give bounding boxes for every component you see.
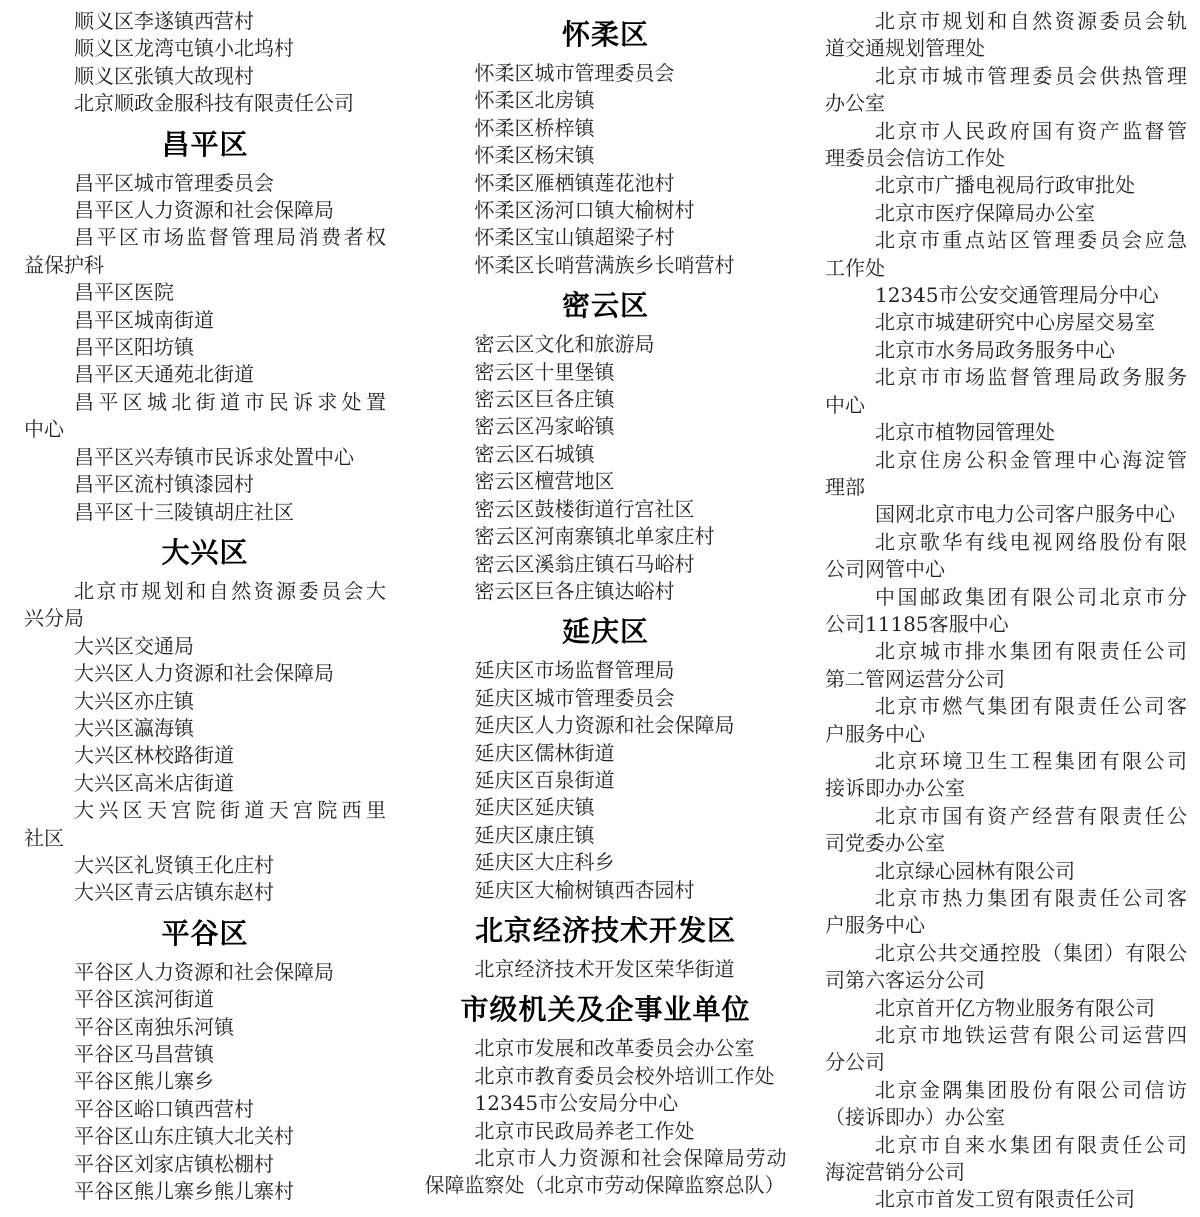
org-item: 大兴区亦庄镇 — [24, 688, 386, 715]
org-item-line: 户服务中心 — [825, 721, 1187, 748]
org-item-line: 北京市首发工贸有限责任公司 — [825, 1186, 1187, 1213]
org-item: 北京市城市管理委员会供热管理办公室 — [825, 63, 1187, 118]
org-item-line: 北京市教育委员会校外培训工作处 — [425, 1063, 787, 1090]
org-item-line: 昌平区城北街道市民诉求处置 — [24, 389, 386, 416]
org-item-line: 北京市医疗保障局办公室 — [825, 200, 1187, 227]
org-item-line: 平谷区熊儿寨乡熊儿寨村 — [24, 1178, 386, 1205]
org-item-line: 延庆区儒林街道 — [425, 740, 787, 767]
org-item: 平谷区马昌营镇 — [24, 1041, 386, 1068]
org-item: 北京市人力资源和社会保障局劳动保障监察处（北京市劳动保障监察总队） — [425, 1145, 787, 1200]
org-item-line: 平谷区人力资源和社会保障局 — [24, 959, 386, 986]
text-column-1: 顺义区李遂镇西营村顺义区龙湾屯镇小北坞村顺义区张镇大故现村北京顺政金服科技有限责… — [24, 8, 386, 1217]
org-item: 北京首开亿方物业服务有限公司 — [825, 995, 1187, 1022]
org-item-line: 昌平区兴寿镇市民诉求处置中心 — [24, 444, 386, 471]
org-item-line: 接诉即办办公室 — [825, 775, 1187, 802]
org-item: 北京市水务局政务服务中心 — [825, 337, 1187, 364]
org-item: 平谷区刘家店镇松棚村 — [24, 1151, 386, 1178]
org-item-line: 司第六客运分公司 — [825, 967, 1187, 994]
org-item-line: 北京市植物园管理处 — [825, 419, 1187, 446]
org-item: 北京市自来水集团有限责任公司海淀营销分公司 — [825, 1132, 1187, 1187]
org-item: 怀柔区长哨营满族乡长哨营村 — [425, 252, 787, 279]
org-item: 怀柔区城市管理委员会 — [425, 60, 787, 87]
org-item: 北京市人民政府国有资产监督管理委员会信访工作处 — [825, 118, 1187, 173]
org-item: 北京市市场监督管理局政务服务中心 — [825, 364, 1187, 419]
org-item-line: 中心 — [24, 416, 386, 443]
org-item-line: 第二管网运营分公司 — [825, 666, 1187, 693]
org-item: 北京歌华有线电视网络股份有限公司网管中心 — [825, 529, 1187, 584]
org-item-line: 工作处 — [825, 255, 1187, 282]
org-item-line: 怀柔区汤河口镇大榆树村 — [425, 197, 787, 224]
org-item-line: 大兴区瀛海镇 — [24, 715, 386, 742]
org-item: 大兴区礼贤镇王化庄村 — [24, 852, 386, 879]
org-item: 昌平区城北街道市民诉求处置中心 — [24, 389, 386, 444]
org-item: 12345市公安局分中心 — [425, 1090, 787, 1117]
org-item-line: 密云区冯家峪镇 — [425, 413, 787, 440]
org-item-line: 益保护科 — [24, 252, 386, 279]
org-item: 北京市规划和自然资源委员会轨道交通规划管理处 — [825, 8, 1187, 63]
org-item: 密云区溪翁庄镇石马峪村 — [425, 551, 787, 578]
org-item-line: 大兴区青云店镇东赵村 — [24, 879, 386, 906]
org-item-line: 北京市民政局养老工作处 — [425, 1118, 787, 1145]
org-item-line: 司党委办公室 — [825, 830, 1187, 857]
org-item: 北京市地铁运营有限公司运营四分公司 — [825, 1022, 1187, 1077]
org-item: 密云区河南寨镇北单家庄村 — [425, 523, 787, 550]
org-item: 昌平区医院 — [24, 279, 386, 306]
org-item-line: 昌平区阳坊镇 — [24, 334, 386, 361]
org-item: 平谷区熊儿寨乡 — [24, 1068, 386, 1095]
org-item-line: 密云区石城镇 — [425, 441, 787, 468]
org-item: 平谷区人力资源和社会保障局 — [24, 959, 386, 986]
org-item-line: 怀柔区宝山镇超梁子村 — [425, 224, 787, 251]
org-item: 大兴区天宫院街道天宫院西里社区 — [24, 797, 386, 852]
org-item: 密云区十里堡镇 — [425, 359, 787, 386]
org-item-line: 顺义区李遂镇西营村 — [24, 8, 386, 35]
org-item-line: 理部 — [825, 474, 1187, 501]
org-item: 怀柔区宝山镇超梁子村 — [425, 224, 787, 251]
org-item: 顺义区李遂镇西营村 — [24, 8, 386, 35]
org-item: 昌平区流村镇漆园村 — [24, 471, 386, 498]
org-item: 北京经济技术开发区荣华街道 — [425, 956, 787, 983]
org-item-line: 延庆区大庄科乡 — [425, 849, 787, 876]
org-item: 大兴区林校路街道 — [24, 742, 386, 769]
org-item-line: 北京市规划和自然资源委员会大 — [24, 578, 386, 605]
org-item-line: 公司11185客服中心 — [825, 611, 1187, 638]
org-item: 平谷区山东庄镇大北关村 — [24, 1123, 386, 1150]
org-item: 北京顺政金服科技有限责任公司 — [24, 90, 386, 117]
org-item: 昌平区市场监督管理局消费者权益保护科 — [24, 224, 386, 279]
org-item: 北京市教育委员会校外培训工作处 — [425, 1063, 787, 1090]
org-item-line: 北京城市排水集团有限责任公司 — [825, 638, 1187, 665]
org-item-line: 北京市热力集团有限责任公司客 — [825, 885, 1187, 912]
org-item: 密云区石城镇 — [425, 441, 787, 468]
org-item-line: 北京顺政金服科技有限责任公司 — [24, 90, 386, 117]
org-item: 北京市医疗保障局办公室 — [825, 200, 1187, 227]
org-item: 延庆区儒林街道 — [425, 740, 787, 767]
org-item-line: 北京住房公积金管理中心海淀管 — [825, 447, 1187, 474]
org-item: 平谷区滨河街道 — [24, 986, 386, 1013]
org-item-line: 顺义区张镇大故现村 — [24, 63, 386, 90]
org-item: 大兴区人力资源和社会保障局 — [24, 660, 386, 687]
org-item: 延庆区大庄科乡 — [425, 849, 787, 876]
org-item-line: 大兴区亦庄镇 — [24, 688, 386, 715]
org-item: 密云区冯家峪镇 — [425, 413, 787, 440]
org-item-line: 延庆区大榆树镇西杏园村 — [425, 877, 787, 904]
org-item-line: 中心 — [825, 392, 1187, 419]
org-item-line: 理委员会信访工作处 — [825, 145, 1187, 172]
org-item-line: 大兴区礼贤镇王化庄村 — [24, 852, 386, 879]
section-header: 怀柔区 — [425, 18, 787, 52]
org-item-line: 怀柔区城市管理委员会 — [425, 60, 787, 87]
org-item-line: 延庆区延庆镇 — [425, 794, 787, 821]
org-item-line: 北京市广播电视局行政审批处 — [825, 172, 1187, 199]
org-item: 密云区文化和旅游局 — [425, 331, 787, 358]
org-item-line: 北京市重点站区管理委员会应急 — [825, 227, 1187, 254]
org-item-line: 兴分局 — [24, 605, 386, 632]
org-item-line: 大兴区天宫院街道天宫院西里 — [24, 797, 386, 824]
org-item-line: 北京市国有资产经营有限责任公 — [825, 803, 1187, 830]
org-item: 北京环境卫生工程集团有限公司接诉即办办公室 — [825, 748, 1187, 803]
section-header: 北京经济技术开发区 — [425, 914, 787, 948]
org-item: 大兴区青云店镇东赵村 — [24, 879, 386, 906]
org-item-line: 延庆区康庄镇 — [425, 822, 787, 849]
org-item: 昌平区人力资源和社会保障局 — [24, 197, 386, 224]
org-item: 北京市重点站区管理委员会应急工作处 — [825, 227, 1187, 282]
org-item-line: 北京经济技术开发区荣华街道 — [425, 956, 787, 983]
org-item: 北京市燃气集团有限责任公司客户服务中心 — [825, 693, 1187, 748]
org-item-line: 昌平区天通苑北街道 — [24, 361, 386, 388]
org-item-line: 顺义区龙湾屯镇小北坞村 — [24, 35, 386, 62]
org-item: 北京市发展和改革委员会办公室 — [425, 1035, 787, 1062]
org-item-line: 北京市规划和自然资源委员会轨 — [825, 8, 1187, 35]
org-item: 怀柔区北房镇 — [425, 87, 787, 114]
org-item-line: 昌平区市场监督管理局消费者权 — [24, 224, 386, 251]
org-item-line: 公司网管中心 — [825, 556, 1187, 583]
org-item: 大兴区交通局 — [24, 633, 386, 660]
page: 顺义区李遂镇西营村顺义区龙湾屯镇小北坞村顺义区张镇大故现村北京顺政金服科技有限责… — [0, 0, 1200, 1217]
org-item: 延庆区康庄镇 — [425, 822, 787, 849]
org-item-line: 昌平区城市管理委员会 — [24, 170, 386, 197]
org-item: 怀柔区杨宋镇 — [425, 142, 787, 169]
org-item: 北京市城建研究中心房屋交易室 — [825, 309, 1187, 336]
org-item: 平谷区峪口镇西营村 — [24, 1096, 386, 1123]
org-item-line: 国网北京市电力公司客户服务中心 — [825, 501, 1187, 528]
org-item: 北京市首发工贸有限责任公司 — [825, 1186, 1187, 1213]
org-item-line: 昌平区城南街道 — [24, 307, 386, 334]
org-item-line: 北京金隅集团股份有限公司信访 — [825, 1077, 1187, 1104]
org-item: 顺义区龙湾屯镇小北坞村 — [24, 35, 386, 62]
section-header: 大兴区 — [24, 536, 386, 570]
org-item-line: 怀柔区北房镇 — [425, 87, 787, 114]
org-item-line: 办公室 — [825, 90, 1187, 117]
section-header: 市级机关及企事业单位 — [425, 993, 787, 1027]
org-item: 延庆区人力资源和社会保障局 — [425, 712, 787, 739]
org-item-line: 密云区檀营地区 — [425, 468, 787, 495]
org-item: 怀柔区雁栖镇莲花池村 — [425, 170, 787, 197]
text-column-3: 北京市规划和自然资源委员会轨道交通规划管理处北京市城市管理委员会供热管理办公室北… — [825, 8, 1187, 1217]
org-item-line: 北京市人民政府国有资产监督管 — [825, 118, 1187, 145]
org-item: 北京市广播电视局行政审批处 — [825, 172, 1187, 199]
org-item-line: 分公司 — [825, 1049, 1187, 1076]
org-item-line: 大兴区人力资源和社会保障局 — [24, 660, 386, 687]
org-item-line: 密云区河南寨镇北单家庄村 — [425, 523, 787, 550]
org-item: 怀柔区汤河口镇大榆树村 — [425, 197, 787, 224]
org-item-line: 密云区巨各庄镇达峪村 — [425, 578, 787, 605]
org-item-line: 12345市公安局分中心 — [425, 1090, 787, 1117]
org-item-line: 延庆区人力资源和社会保障局 — [425, 712, 787, 739]
org-item: 延庆区市场监督管理局 — [425, 657, 787, 684]
org-item-line: 12345市公安交通管理局分中心 — [825, 282, 1187, 309]
org-item-line: 北京公共交通控股（集团）有限公 — [825, 940, 1187, 967]
org-item: 延庆区城市管理委员会 — [425, 685, 787, 712]
org-item: 国网北京市电力公司客户服务中心 — [825, 501, 1187, 528]
org-item: 密云区巨各庄镇达峪村 — [425, 578, 787, 605]
org-item-line: 海淀营销分公司 — [825, 1159, 1187, 1186]
org-item: 北京市热力集团有限责任公司客户服务中心 — [825, 885, 1187, 940]
org-item-line: 昌平区人力资源和社会保障局 — [24, 197, 386, 224]
org-item: 大兴区瀛海镇 — [24, 715, 386, 742]
org-item-line: 延庆区城市管理委员会 — [425, 685, 787, 712]
org-item-line: 大兴区林校路街道 — [24, 742, 386, 769]
org-item-line: 怀柔区雁栖镇莲花池村 — [425, 170, 787, 197]
org-item-line: （接诉即办）办公室 — [825, 1104, 1187, 1131]
org-item: 昌平区城南街道 — [24, 307, 386, 334]
org-item-line: 怀柔区杨宋镇 — [425, 142, 787, 169]
org-item-line: 延庆区市场监督管理局 — [425, 657, 787, 684]
org-item: 怀柔区桥梓镇 — [425, 115, 787, 142]
org-item-line: 昌平区医院 — [24, 279, 386, 306]
org-item-line: 平谷区熊儿寨乡 — [24, 1068, 386, 1095]
org-item: 延庆区大榆树镇西杏园村 — [425, 877, 787, 904]
org-item-line: 中国邮政集团有限公司北京市分 — [825, 584, 1187, 611]
org-item-line: 昌平区十三陵镇胡庄社区 — [24, 499, 386, 526]
org-item: 北京公共交通控股（集团）有限公司第六客运分公司 — [825, 940, 1187, 995]
org-item-line: 昌平区流村镇漆园村 — [24, 471, 386, 498]
org-item-line: 密云区文化和旅游局 — [425, 331, 787, 358]
org-item: 北京绿心园林有限公司 — [825, 858, 1187, 885]
org-item: 12345市公安交通管理局分中心 — [825, 282, 1187, 309]
org-item: 平谷区南独乐河镇 — [24, 1014, 386, 1041]
org-item-line: 户服务中心 — [825, 912, 1187, 939]
org-item-line: 北京市发展和改革委员会办公室 — [425, 1035, 787, 1062]
org-item-line: 大兴区交通局 — [24, 633, 386, 660]
org-item-line: 北京市人力资源和社会保障局劳动 — [425, 1145, 787, 1172]
org-item: 密云区巨各庄镇 — [425, 386, 787, 413]
org-item-line: 延庆区百泉街道 — [425, 767, 787, 794]
org-item: 中国邮政集团有限公司北京市分公司11185客服中心 — [825, 584, 1187, 639]
org-item-line: 怀柔区桥梓镇 — [425, 115, 787, 142]
org-item: 北京市植物园管理处 — [825, 419, 1187, 446]
org-item-line: 北京市燃气集团有限责任公司客 — [825, 693, 1187, 720]
org-item-line: 平谷区峪口镇西营村 — [24, 1096, 386, 1123]
section-header: 密云区 — [425, 289, 787, 323]
section-header: 昌平区 — [24, 128, 386, 162]
org-item-line: 密云区溪翁庄镇石马峪村 — [425, 551, 787, 578]
org-item-line: 北京歌华有线电视网络股份有限 — [825, 529, 1187, 556]
org-item: 北京市规划和自然资源委员会大兴分局 — [24, 578, 386, 633]
org-item-line: 密云区十里堡镇 — [425, 359, 787, 386]
org-item-line: 道交通规划管理处 — [825, 35, 1187, 62]
org-item-line: 北京市市场监督管理局政务服务 — [825, 364, 1187, 391]
org-item: 延庆区百泉街道 — [425, 767, 787, 794]
org-item-line: 保障监察处（北京市劳动保障监察总队） — [425, 1172, 787, 1199]
text-column-2: 怀柔区怀柔区城市管理委员会怀柔区北房镇怀柔区桥梓镇怀柔区杨宋镇怀柔区雁栖镇莲花池… — [425, 8, 787, 1217]
org-item-line: 北京市城市管理委员会供热管理 — [825, 63, 1187, 90]
org-item: 昌平区兴寿镇市民诉求处置中心 — [24, 444, 386, 471]
org-item: 平谷区熊儿寨乡熊儿寨村 — [24, 1178, 386, 1205]
org-item: 顺义区张镇大故现村 — [24, 63, 386, 90]
org-item-line: 密云区巨各庄镇 — [425, 386, 787, 413]
org-item: 北京市国有资产经营有限责任公司党委办公室 — [825, 803, 1187, 858]
org-item: 昌平区阳坊镇 — [24, 334, 386, 361]
org-item-line: 平谷区刘家店镇松棚村 — [24, 1151, 386, 1178]
org-item-line: 怀柔区长哨营满族乡长哨营村 — [425, 252, 787, 279]
org-item: 北京金隅集团股份有限公司信访（接诉即办）办公室 — [825, 1077, 1187, 1132]
org-item: 昌平区十三陵镇胡庄社区 — [24, 499, 386, 526]
org-item: 大兴区高米店街道 — [24, 770, 386, 797]
org-item-line: 北京市地铁运营有限公司运营四 — [825, 1022, 1187, 1049]
org-item: 昌平区天通苑北街道 — [24, 361, 386, 388]
org-item-line: 北京市城建研究中心房屋交易室 — [825, 309, 1187, 336]
org-item-line: 平谷区滨河街道 — [24, 986, 386, 1013]
org-item-line: 大兴区高米店街道 — [24, 770, 386, 797]
org-item-line: 密云区鼓楼街道行宫社区 — [425, 496, 787, 523]
org-item: 密云区鼓楼街道行宫社区 — [425, 496, 787, 523]
org-item-line: 北京市自来水集团有限责任公司 — [825, 1132, 1187, 1159]
org-item-line: 北京首开亿方物业服务有限公司 — [825, 995, 1187, 1022]
org-item: 昌平区城市管理委员会 — [24, 170, 386, 197]
org-item: 北京市民政局养老工作处 — [425, 1118, 787, 1145]
org-item-line: 北京绿心园林有限公司 — [825, 858, 1187, 885]
org-item: 北京住房公积金管理中心海淀管理部 — [825, 447, 1187, 502]
org-item-line: 平谷区马昌营镇 — [24, 1041, 386, 1068]
section-header: 延庆区 — [425, 615, 787, 649]
org-item-line: 北京市水务局政务服务中心 — [825, 337, 1187, 364]
org-item-line: 平谷区山东庄镇大北关村 — [24, 1123, 386, 1150]
org-item: 密云区檀营地区 — [425, 468, 787, 495]
org-item-line: 社区 — [24, 825, 386, 852]
org-item: 延庆区延庆镇 — [425, 794, 787, 821]
org-item: 北京城市排水集团有限责任公司第二管网运营分公司 — [825, 638, 1187, 693]
org-item-line: 北京环境卫生工程集团有限公司 — [825, 748, 1187, 775]
org-item-line: 平谷区南独乐河镇 — [24, 1014, 386, 1041]
section-header: 平谷区 — [24, 917, 386, 951]
